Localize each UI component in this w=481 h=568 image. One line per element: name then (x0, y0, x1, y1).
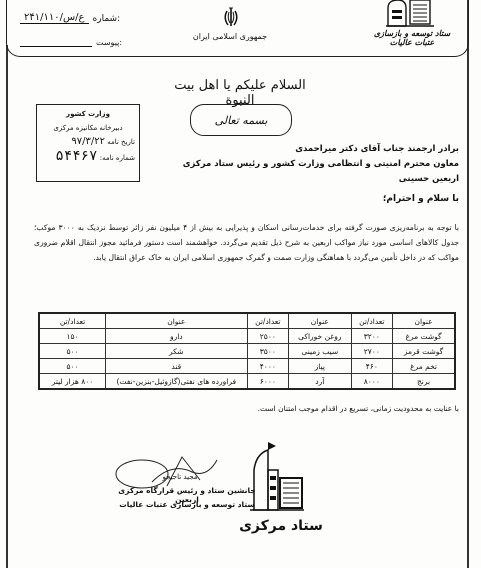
table-cell: ۱۵۰ (39, 329, 106, 344)
stamp-date-value: ۹۷/۳/۲۲ (71, 136, 105, 147)
registration-stamp: وزارت کشور دبیرخانه مکانیزه مرکزی تاریخ … (36, 104, 140, 182)
page-border-left (6, 45, 8, 568)
signatory-name: مجید تاجیجو (150, 473, 210, 481)
table-cell: ۵۰۰ (39, 344, 106, 359)
table-cell: ۶۰۰۰ (247, 374, 289, 390)
table-cell: ۴۶۰ (351, 359, 393, 374)
greeting: با سلام و احترام؛ (383, 194, 459, 204)
table-cell: دارو (106, 329, 247, 344)
stamp-number-label: شماره نامه: (100, 154, 135, 162)
letter-body: با توجه به برنامه‌ریزی صورت گرفته برای خ… (34, 220, 459, 265)
table-cell: روغن خوراکی (289, 329, 351, 344)
table-cell: فراورده های نفتی(گازوئیل-بنزین-نفت) (106, 374, 247, 390)
iran-emblem-icon (222, 6, 240, 30)
letter-number-value: ۲۴۱/۱۱۰/ع/س (20, 12, 89, 24)
table-cell: ۲۷۰۰ (351, 344, 393, 359)
table-header-cell: عنوان (289, 313, 351, 329)
table-cell: ۳۲۰۰ (351, 329, 393, 344)
calligraphy-basmala: بسمه تعالی (190, 104, 292, 136)
table-cell: ۲۵۰۰ (247, 329, 289, 344)
stamp-secretariat: دبیرخانه مکانیزه مرکزی (41, 121, 135, 135)
recipient-block: برادر ارجمند جناب آقای دکتر میراحمدی معا… (159, 142, 459, 187)
stamp-number-row: شماره نامه: ۵۴۴۶۷ (41, 149, 135, 165)
stamp-number-value: ۵۴۴۶۷ (55, 148, 97, 164)
attachment-label: پیوست: (96, 38, 122, 47)
table-cell: ۵۰۰ (39, 359, 106, 374)
letter-number-field: ۲۴۱/۱۱۰/ع/س شماره: (20, 12, 120, 24)
attachment-line (20, 38, 92, 47)
goods-table: عنوان تعداد/تن عنوان تعداد/تن عنوان تعدا… (38, 312, 456, 390)
table-cell: برنج (393, 374, 455, 390)
table-cell: گوشت مرغ (393, 329, 455, 344)
table-row: گوشت مرغ ۳۲۰۰ روغن خوراکی ۲۵۰۰ دارو ۱۵۰ (39, 329, 455, 344)
closing-line: با عنایت به محدودیت زمانی، تسریع در اقدا… (258, 404, 459, 413)
table-row: گوشت قرمز ۲۷۰۰ سیب زمینی ۳۵۰۰ شکر ۵۰۰ (39, 344, 455, 359)
org-logo-icon (384, 0, 436, 28)
table-cell: ۸۰۰۰ (351, 374, 393, 390)
table-row: برنج ۸۰۰۰ آرد ۶۰۰۰ فراورده های نفتی(گازو… (39, 374, 455, 390)
table-cell: شکر (106, 344, 247, 359)
recipient-name: برادر ارجمند جناب آقای دکتر میراحمدی (159, 142, 459, 157)
basmala-text: بسمه تعالی (215, 114, 268, 127)
table-header-cell: تعداد/تن (247, 313, 289, 329)
stamp-date-row: تاریخ نامه ۹۷/۳/۲۲ (41, 135, 135, 149)
table-cell: قند (106, 359, 247, 374)
letter-number-label: شماره: (93, 14, 121, 24)
table-header-cell: تعداد/تن (351, 313, 393, 329)
stamp-ministry: وزارت کشور (41, 107, 135, 121)
stamp-date-label: تاریخ نامه (107, 138, 135, 146)
headquarters-label: ستاد مرکزی (236, 518, 326, 534)
table-header-row: عنوان تعداد/تن عنوان تعداد/تن عنوان تعدا… (39, 313, 455, 329)
signatory-organization: ستاد توسعه و بازسازی عتبات عالیات (112, 500, 262, 509)
table-cell: ۳۵۰۰ (247, 344, 289, 359)
table-cell: ۴۰۰۰ (247, 359, 289, 374)
table-header-cell: عنوان (106, 313, 247, 329)
table-header-cell: عنوان (393, 313, 455, 329)
table-cell: تخم مرغ (393, 359, 455, 374)
table-header-cell: تعداد/تن (39, 313, 106, 329)
table-row: تخم مرغ ۴۶۰ پیاز ۴۰۰۰ قند ۵۰۰ (39, 359, 455, 374)
republic-label: جمهوری اسلامی ایران (180, 32, 280, 41)
table-cell: پیاز (289, 359, 351, 374)
page-border-right (467, 0, 469, 568)
recipient-title: معاون محترم امنیتی و انتظامی وزارت کشور … (159, 157, 459, 187)
table-cell: سیب زمینی (289, 344, 351, 359)
table-cell: گوشت قرمز (393, 344, 455, 359)
org-logo-text: ستاد توسعه و بازسازی عتبات عالیات (372, 29, 452, 47)
headquarters-logo-icon (246, 440, 306, 512)
table-cell: آرد (289, 374, 351, 390)
table-cell: ۸۰۰ هزار لیتر (39, 374, 106, 390)
attachment-field: پیوست: (20, 38, 122, 47)
signature-scribble-icon (112, 452, 222, 490)
